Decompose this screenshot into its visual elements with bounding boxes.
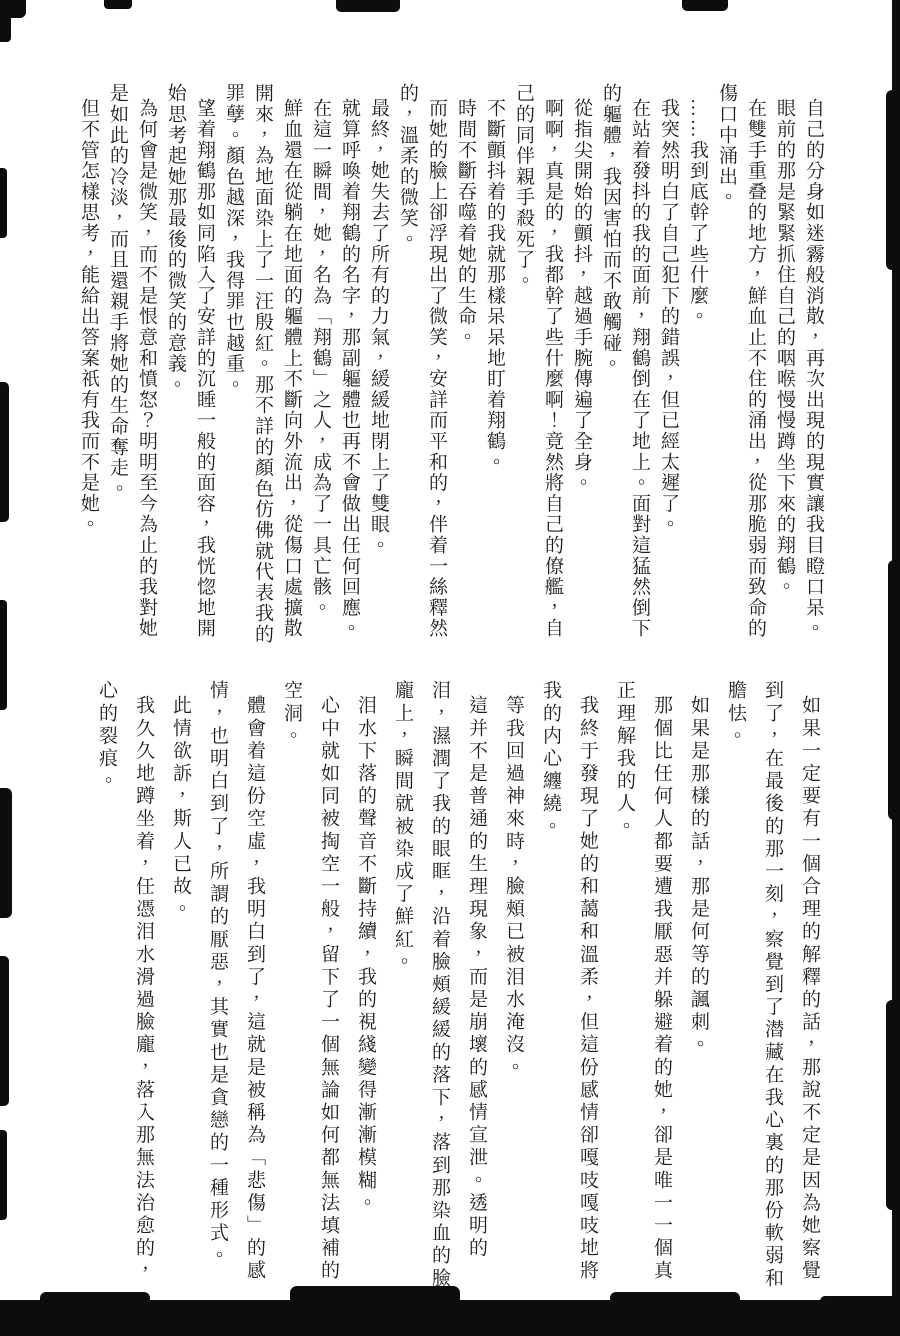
paragraph: 在這一瞬間，她，名為「翔鶴」之人，成為了一具亡骸。: [306, 83, 335, 648]
paragraph: 從指尖開始的顫抖，越過手腕傳遍了全身。: [567, 83, 596, 648]
text-block-top: 自己的分身如迷霧般消散，再次出現的現實讓我目瞪口呆。眼前的那是緊緊抓住自己的咽喉…: [70, 83, 828, 648]
scan-artifact-left-edge: [0, 788, 12, 918]
paragraph: 但不管怎樣思考，能給出答案祇有我而不是她。: [74, 83, 103, 648]
scan-artifact-right-edge: [888, 560, 900, 820]
paragraph: 如果是那樣的話，那是何等的諷刺。: [680, 680, 717, 1298]
scan-artifact-top-edge: [104, 0, 132, 9]
scan-artifact-left-edge: [0, 168, 7, 238]
paragraph: 那個比任何人都要遭我厭惡并躲避着的她，卻是唯一一個真正理解我的人。: [606, 680, 680, 1298]
paragraph: 為何會是微笑，而不是恨意和憤怒？明明至今為止的我對她是如此的冷淡，而且還親手將她…: [103, 83, 161, 648]
paragraph: 自己的分身如迷霧般消散，再次出現的現實讓我目瞪口呆。: [799, 83, 828, 648]
paragraph: 最終，她失去了所有的力氣，緩緩地閉上了雙眼。: [364, 83, 393, 648]
paragraph: 如果一定要有一個合理的解釋的話，那說不定是因為她察覺到了，在最後的那一刻，察覺到…: [717, 680, 828, 1298]
paragraph: 我突然明白了自己犯下的錯誤，但已經太遲了。: [654, 83, 683, 648]
paragraph: 在站着發抖的我的面前，翔鶴倒在了地上。面對這猛然倒下的軀體，我因害怕而不敢觸碰。: [596, 83, 654, 648]
paragraph: 時間不斷吞噬着她的生命。: [451, 83, 480, 648]
scan-artifact-left-edge: [0, 600, 7, 710]
paragraph: 而她的臉上卻浮現出了微笑，安詳而平和的，伴着一絲釋然的，溫柔的微笑。: [393, 83, 451, 648]
scan-artifact-left-edge: [0, 382, 9, 522]
paragraph: 在雙手重叠的地方，鮮血止不住的涌出，從那脆弱而致命的傷口中涌出。: [712, 83, 770, 648]
text-block-bottom: 如果一定要有一個合理的解釋的話，那說不定是因為她察覺到了，在最後的那一刻，察覺到…: [76, 680, 828, 1298]
paragraph: 就算呼喚着翔鶴的名字，那副軀體也再不會做出任何回應。: [335, 83, 364, 648]
paragraph: 泪水下落的聲音不斷持續，我的視綫變得漸漸模糊。: [347, 680, 384, 1298]
paragraph: ……我到底幹了些什麼。: [683, 83, 712, 648]
paragraph: 此情欲訴，斯人已故。: [162, 680, 199, 1298]
scan-artifact-top-left-corner: [0, 14, 11, 42]
paragraph: 心中就如同被掏空一般，留下了一個無論如何都無法填補的空洞。: [273, 680, 347, 1298]
scan-artifact-left-edge: [0, 1130, 7, 1220]
scanned-book-page: 自己的分身如迷霧般消散，再次出現的現實讓我目瞪口呆。眼前的那是緊緊抓住自己的咽喉…: [0, 0, 900, 1336]
paragraph: 我久久地蹲坐着，任憑泪水滑過臉龐，落入那無法治愈的，心的裂痕。: [88, 680, 162, 1298]
paragraph: 不斷顫抖着的我就那樣呆呆地盯着翔鶴。: [480, 83, 509, 648]
paragraph: 這并不是普通的生理現象，而是崩壞的感情宣泄。透明的泪，濕潤了我的眼眶，沿着臉頰緩…: [384, 680, 495, 1298]
scan-artifact-top-edge: [336, 0, 400, 12]
paragraph: 望着翔鶴那如同陷入了安詳的沉睡一般的面容，我恍惚地開始思考起她那最後的微笑的意義…: [161, 83, 219, 648]
scan-artifact-bottom-bar: [820, 1296, 900, 1306]
scan-artifact-left-edge: [0, 956, 9, 1106]
paragraph: 體會着這份空虛，我明白到了，這就是被稱為「悲傷」的感情，也明白到了，所謂的厭惡，…: [199, 680, 273, 1298]
paragraph: 等我回過神來時，臉頰已被泪水淹沒。: [495, 680, 532, 1298]
scan-artifact-right-edge: [886, 1000, 900, 1210]
scan-artifact-right-edge: [886, 90, 900, 270]
paragraph: 啊啊，真是的，我都幹了些什麼啊！竟然將自己的僚艦，自己的同伴親手殺死了。: [509, 83, 567, 648]
paragraph: 我終于發現了她的和藹和溫柔，但這份感情卻嘎吱嘎吱地將我的内心纏繞。: [532, 680, 606, 1298]
paragraph: 鮮血還在從躺在地面的軀體上不斷向外流出，從傷口處擴散開來，為地面染上了一汪殷紅。…: [219, 83, 306, 648]
paragraph: 眼前的那是緊緊抓住自己的咽喉慢慢蹲坐下來的翔鶴。: [770, 83, 799, 648]
scan-artifact-top-edge: [682, 0, 728, 11]
